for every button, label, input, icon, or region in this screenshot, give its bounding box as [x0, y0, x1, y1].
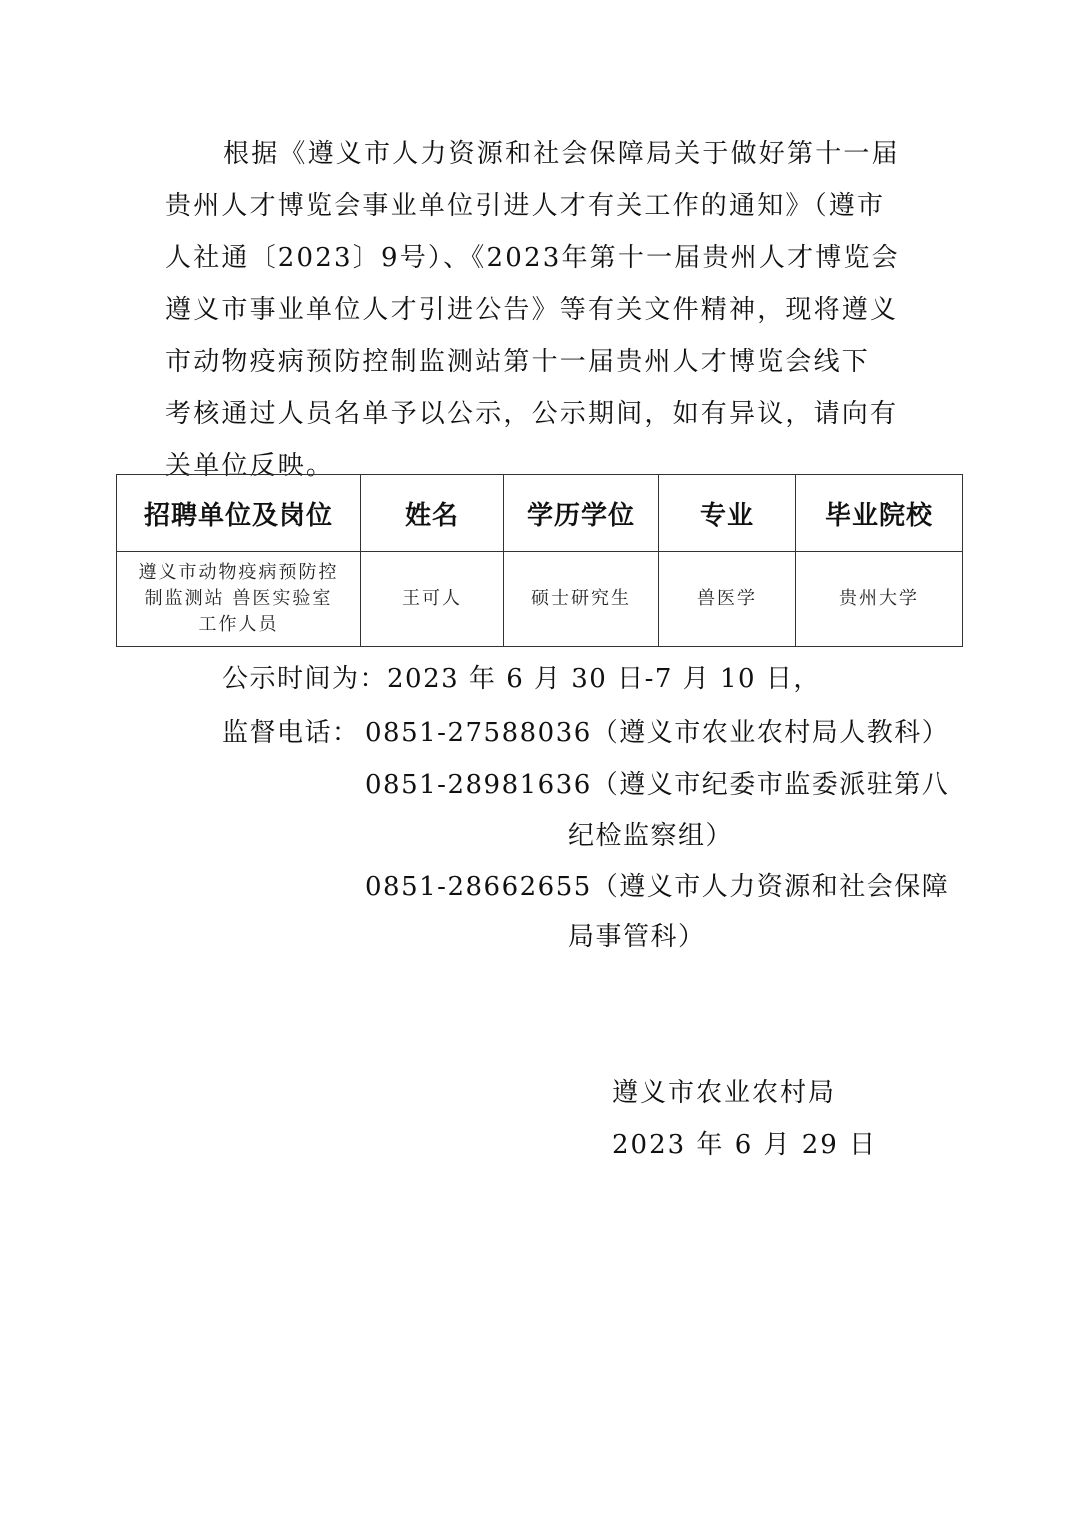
paragraph-line: 贵州人才博览会事业单位引进人才有关工作的通知》（遵市 [165, 180, 915, 232]
phone-number: 0851-28981636 [365, 770, 592, 800]
phone-org: （遵义市人力资源和社会保障 [592, 872, 950, 902]
paragraph-line: 根据《遵义市人力资源和社会保障局关于做好第十一届 [165, 128, 915, 180]
phone-label: 监督电话： [222, 712, 360, 749]
header-degree: 学历学位 [504, 475, 659, 552]
cell-unit-position: 遵义市动物疫病预防控 制监测站 兽医实验室 工作人员 [117, 552, 361, 647]
table-header-row: 招聘单位及岗位 姓名 学历学位 专业 毕业院校 [117, 475, 963, 552]
table-row: 遵义市动物疫病预防控 制监测站 兽医实验室 工作人员 王可人 硕士研究生 兽医学… [117, 552, 963, 647]
signature-org: 遵义市农业农村局 [612, 1072, 836, 1109]
signature-date: 2023 年 6 月 29 日 [612, 1124, 877, 1161]
phone-org-continued: 纪检监察组） [568, 815, 733, 852]
paragraph-line: 遵义市事业单位人才引进公告》等有关文件精神，现将遵义 [165, 284, 915, 336]
phone-org: （遵义市纪委市监委派驻第八 [592, 770, 950, 800]
unit-line: 遵义市动物疫病预防控 [117, 560, 360, 586]
phone-number: 0851-28662655 [365, 872, 592, 902]
cell-major: 兽医学 [659, 552, 796, 647]
unit-line: 工作人员 [117, 612, 360, 638]
phone-entry: 0851-27588036（遵义市农业农村局人教科） [365, 712, 949, 749]
header-school: 毕业院校 [796, 475, 963, 552]
paragraph-line: 考核通过人员名单予以公示，公示期间，如有异议，请向有 [165, 388, 915, 440]
phone-org: （遵义市农业农村局人教科） [592, 718, 950, 748]
header-name: 姓名 [361, 475, 504, 552]
publicity-period: 公示时间为：2023 年 6 月 30 日-7 月 10 日， [222, 653, 821, 705]
paragraph-line: 人社通〔2023〕9号）、《2023年第十一届贵州人才博览会 [165, 232, 915, 284]
cell-school: 贵州大学 [796, 552, 963, 647]
header-major: 专业 [659, 475, 796, 552]
header-unit-position: 招聘单位及岗位 [117, 475, 361, 552]
phone-number: 0851-27588036 [365, 718, 592, 748]
phone-entry: 0851-28662655（遵义市人力资源和社会保障 [365, 866, 949, 903]
unit-line: 制监测站 兽医实验室 [117, 586, 360, 612]
notice-body-paragraph: 根据《遵义市人力资源和社会保障局关于做好第十一届 贵州人才博览会事业单位引进人才… [165, 128, 915, 492]
cell-name: 王可人 [361, 552, 504, 647]
candidate-table: 招聘单位及岗位 姓名 学历学位 专业 毕业院校 遵义市动物疫病预防控 制监测站 … [116, 474, 963, 647]
phone-entry: 0851-28981636（遵义市纪委市监委派驻第八 [365, 764, 949, 801]
phone-org-continued: 局事管科） [568, 916, 706, 953]
paragraph-line: 市动物疫病预防控制监测站第十一届贵州人才博览会线下 [165, 336, 915, 388]
cell-degree: 硕士研究生 [504, 552, 659, 647]
